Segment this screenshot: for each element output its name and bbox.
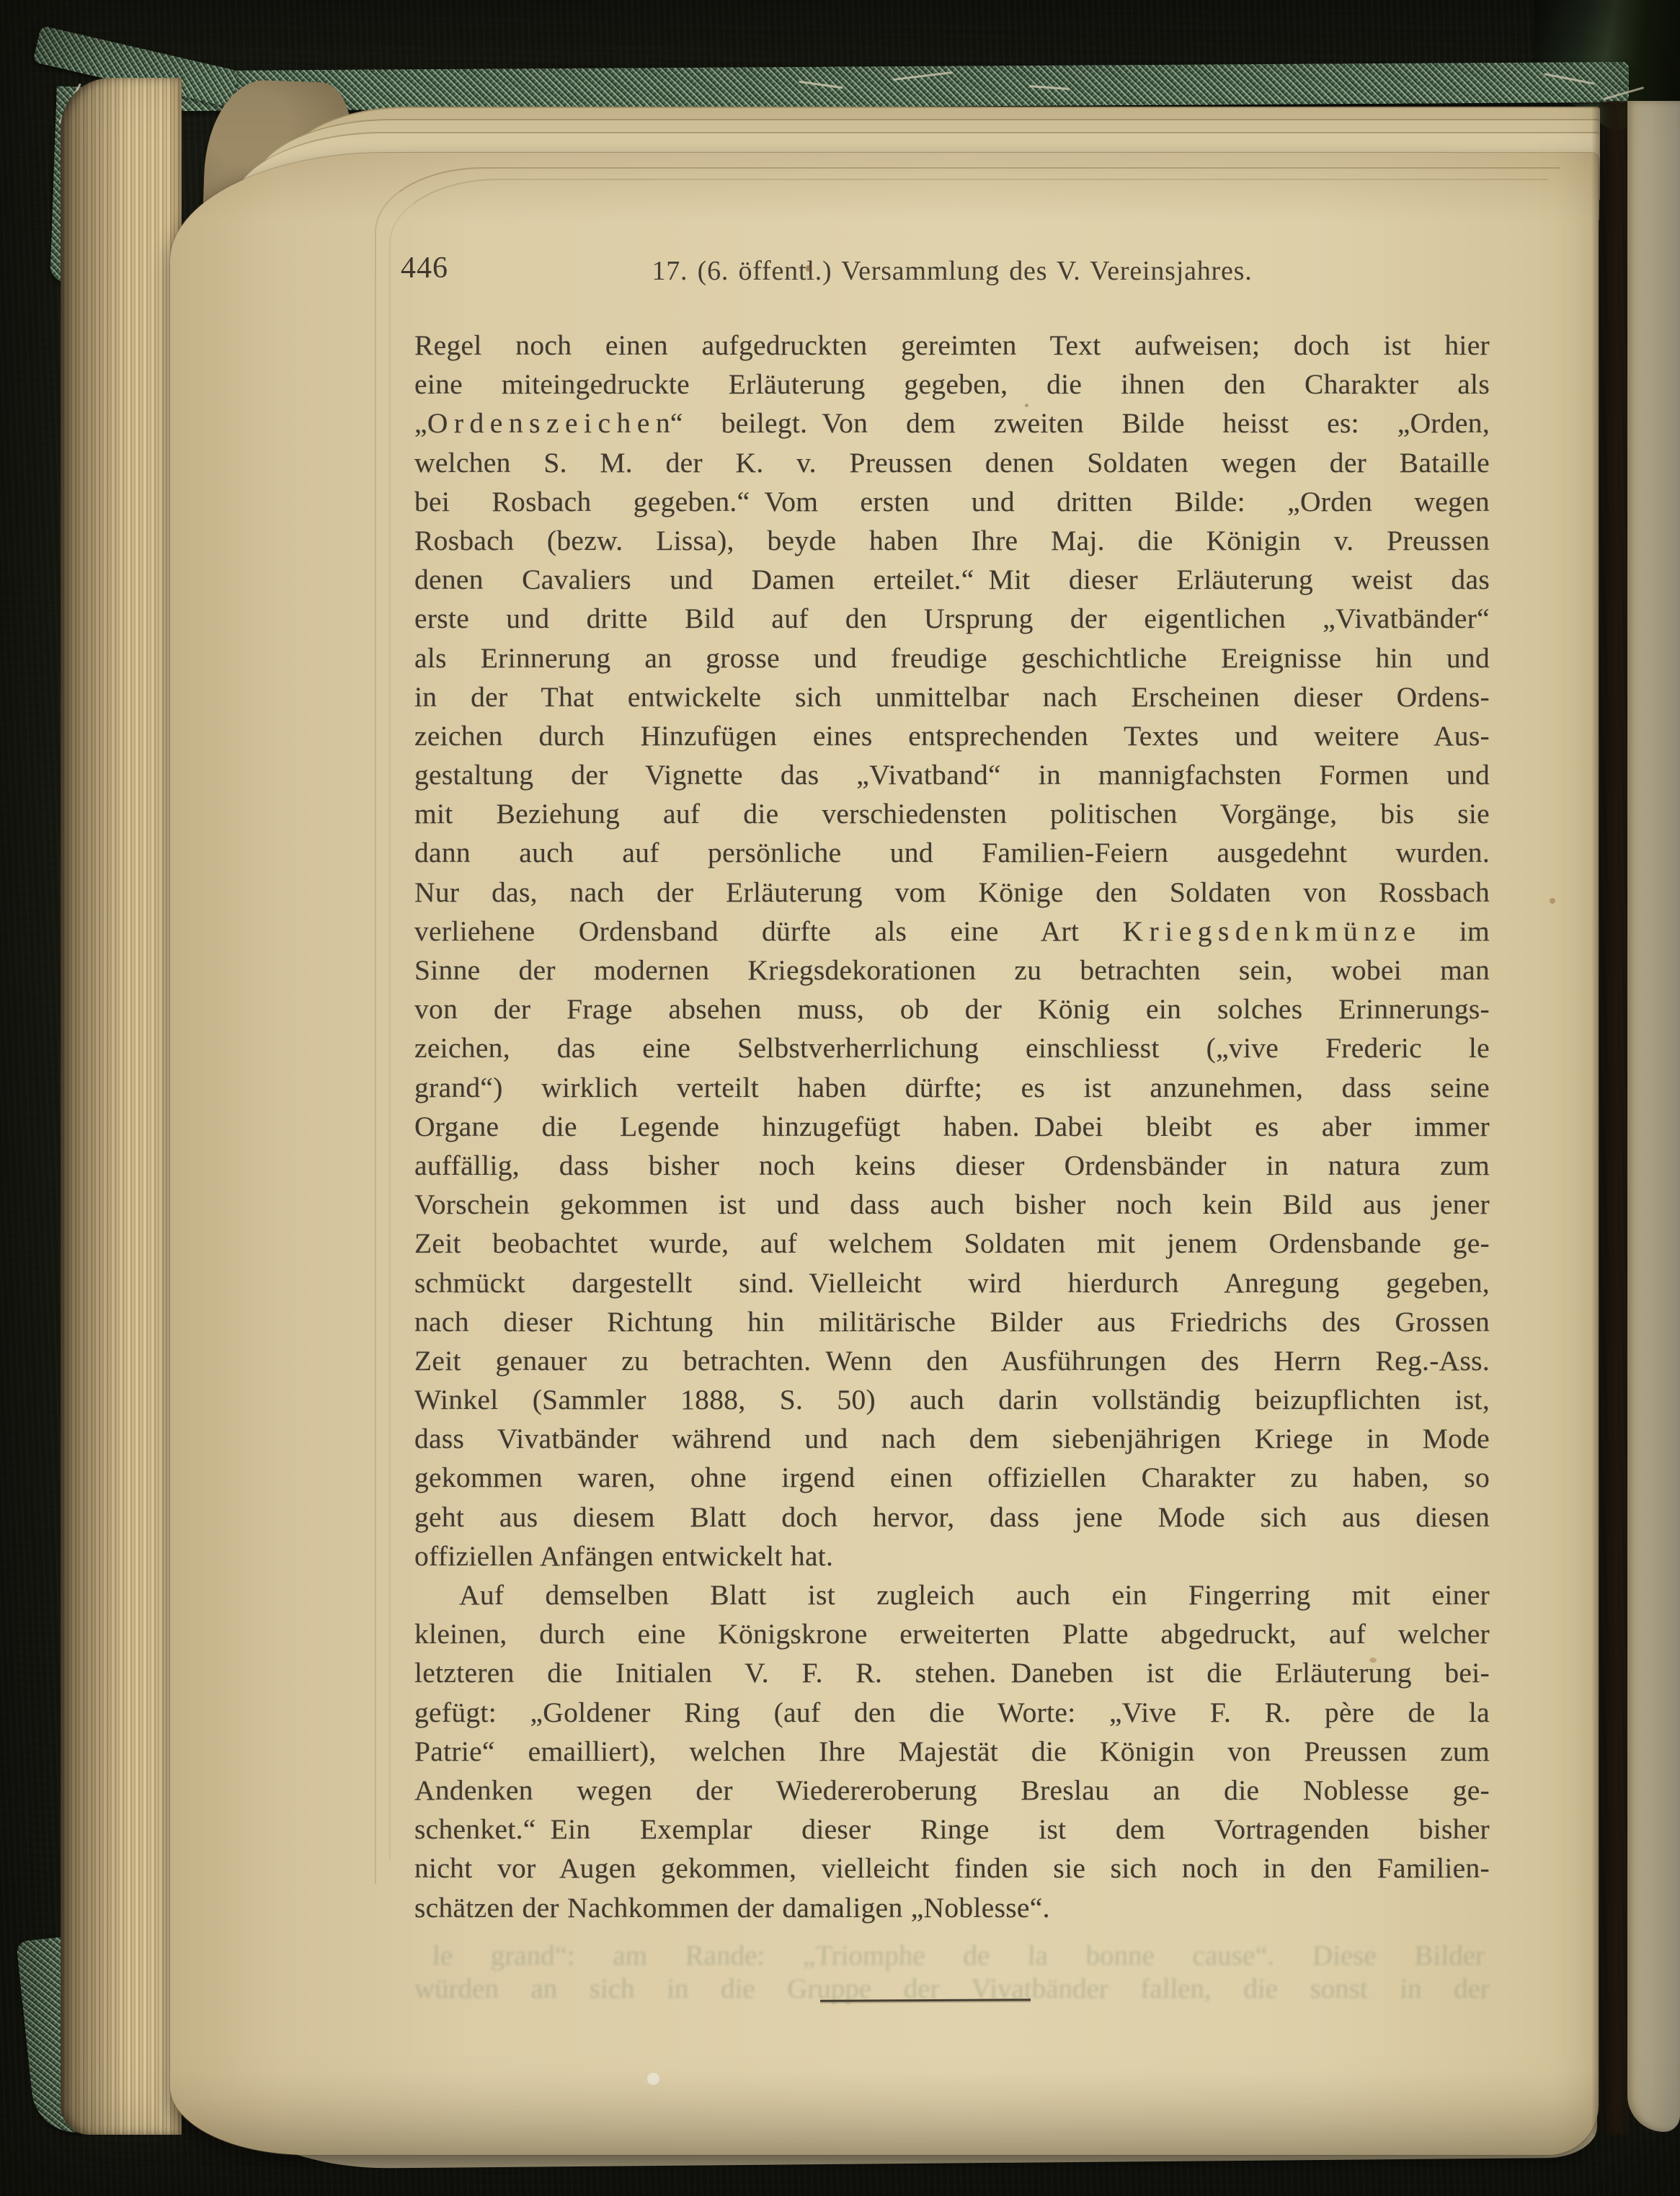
text-line: Nur das, nach der Erläuterung vom Könige… bbox=[414, 873, 1490, 912]
text-line: nicht vor Augen gekommen, vielleicht fin… bbox=[414, 1849, 1490, 1888]
text-line: „O r d e n s z e i c h e n“ beilegt. Von… bbox=[414, 404, 1490, 443]
text-line: gestaltung der Vignette das „Vivatband“ … bbox=[414, 755, 1490, 794]
text-line: denen Cavaliers und Damen erteilet.“ Mit… bbox=[414, 560, 1490, 599]
facing-page-edge bbox=[1627, 101, 1680, 2132]
paper-fleck bbox=[647, 2073, 659, 2085]
text-line: von der Frage absehen muss, ob der König… bbox=[414, 990, 1490, 1028]
dust-speck bbox=[1025, 404, 1028, 407]
text-line: eine miteingedruckte Erläuterung gegeben… bbox=[414, 365, 1490, 404]
page-stack-fore-edge bbox=[61, 78, 182, 2135]
text-line: Regel noch einen aufgedruckten gereimten… bbox=[414, 326, 1490, 365]
text-line: in der That entwickelte sich unmittelbar… bbox=[414, 677, 1490, 716]
text-line: verliehene Ordensband dürfte als eine Ar… bbox=[414, 912, 1490, 951]
text-line: letzteren die Initialen V. F. R. stehen.… bbox=[414, 1653, 1490, 1692]
text-line: kleinen, durch eine Königskrone erweiter… bbox=[414, 1614, 1490, 1653]
text-line: Andenken wegen der Wiedereroberung Bresl… bbox=[414, 1771, 1490, 1810]
text-line: Winkel (Sammler 1888, S. 50) auch darin … bbox=[414, 1380, 1490, 1419]
body-text: Regel noch einen aufgedruckten gereimten… bbox=[414, 326, 1490, 1927]
text-line: schenket.“ Ein Exemplar dieser Ringe ist… bbox=[414, 1810, 1490, 1849]
running-head: 17. (6. öffentl.) Versammlung des V. Ver… bbox=[414, 255, 1490, 287]
dust-speck bbox=[806, 265, 811, 272]
text-line: dass Vivatbänder während und nach dem si… bbox=[414, 1419, 1490, 1458]
text-line: Patrie“ emailliert), welchen Ihre Majest… bbox=[414, 1732, 1490, 1771]
text-line: welchen S. M. der K. v. Preussen denen S… bbox=[414, 443, 1490, 482]
text-line: Organe die Legende hinzugefügt haben. Da… bbox=[414, 1107, 1490, 1146]
text-line: Rosbach (bezw. Lissa), beyde haben Ihre … bbox=[414, 521, 1490, 560]
text-line: Zeit genauer zu betrachten. Wenn den Aus… bbox=[414, 1341, 1490, 1380]
text-line: dann auch auf persönliche und Familien-F… bbox=[414, 833, 1490, 872]
text-line: zeichen durch Hinzufügen eines entsprech… bbox=[414, 716, 1490, 755]
text-line: auffällig, dass bisher noch keins dieser… bbox=[414, 1146, 1490, 1185]
text-line: gefügt: „Goldener Ring (auf den die Wort… bbox=[414, 1693, 1490, 1732]
text-line: erste und dritte Bild auf den Ursprung d… bbox=[414, 599, 1490, 638]
text-line: zeichen, das eine Selbstverherrlichung e… bbox=[414, 1028, 1490, 1067]
text-line: Auf demselben Blatt ist zugleich auch ei… bbox=[414, 1575, 1490, 1614]
dust-speck bbox=[1369, 1658, 1377, 1663]
text-line: Zeit beobachtet wurde, auf welchem Solda… bbox=[414, 1224, 1490, 1263]
text-line: Sinne der modernen Kriegsdekorationen zu… bbox=[414, 951, 1490, 990]
text-line: gekommen waren, ohne irgend einen offizi… bbox=[414, 1458, 1490, 1497]
dust-speck bbox=[1550, 898, 1555, 904]
text-line: schmückt dargestellt sind. Vielleicht wi… bbox=[414, 1263, 1490, 1302]
text-line: mit Beziehung auf die verschiedensten po… bbox=[414, 794, 1490, 833]
text-line: schätzen der Nachkommen der damaligen „N… bbox=[414, 1888, 1490, 1927]
text-line: geht aus diesem Blatt doch hervor, dass … bbox=[414, 1498, 1490, 1537]
bleedthrough-text: le grand“: am Rande: „Triomphe de la bon… bbox=[432, 1939, 1485, 1973]
text-line: grand“) wirklich verteilt haben dürfte; … bbox=[414, 1068, 1490, 1107]
text-line: Vorschein gekommen ist und dass auch bis… bbox=[414, 1185, 1490, 1224]
text-line: bei Rosbach gegeben.“ Vom ersten und dri… bbox=[414, 482, 1490, 521]
text-line: als Erinnerung an grosse und freudige ge… bbox=[414, 639, 1490, 677]
text-line: offiziellen Anfängen entwickelt hat. bbox=[414, 1537, 1490, 1575]
text-line: nach dieser Richtung hin militärische Bi… bbox=[414, 1302, 1490, 1341]
